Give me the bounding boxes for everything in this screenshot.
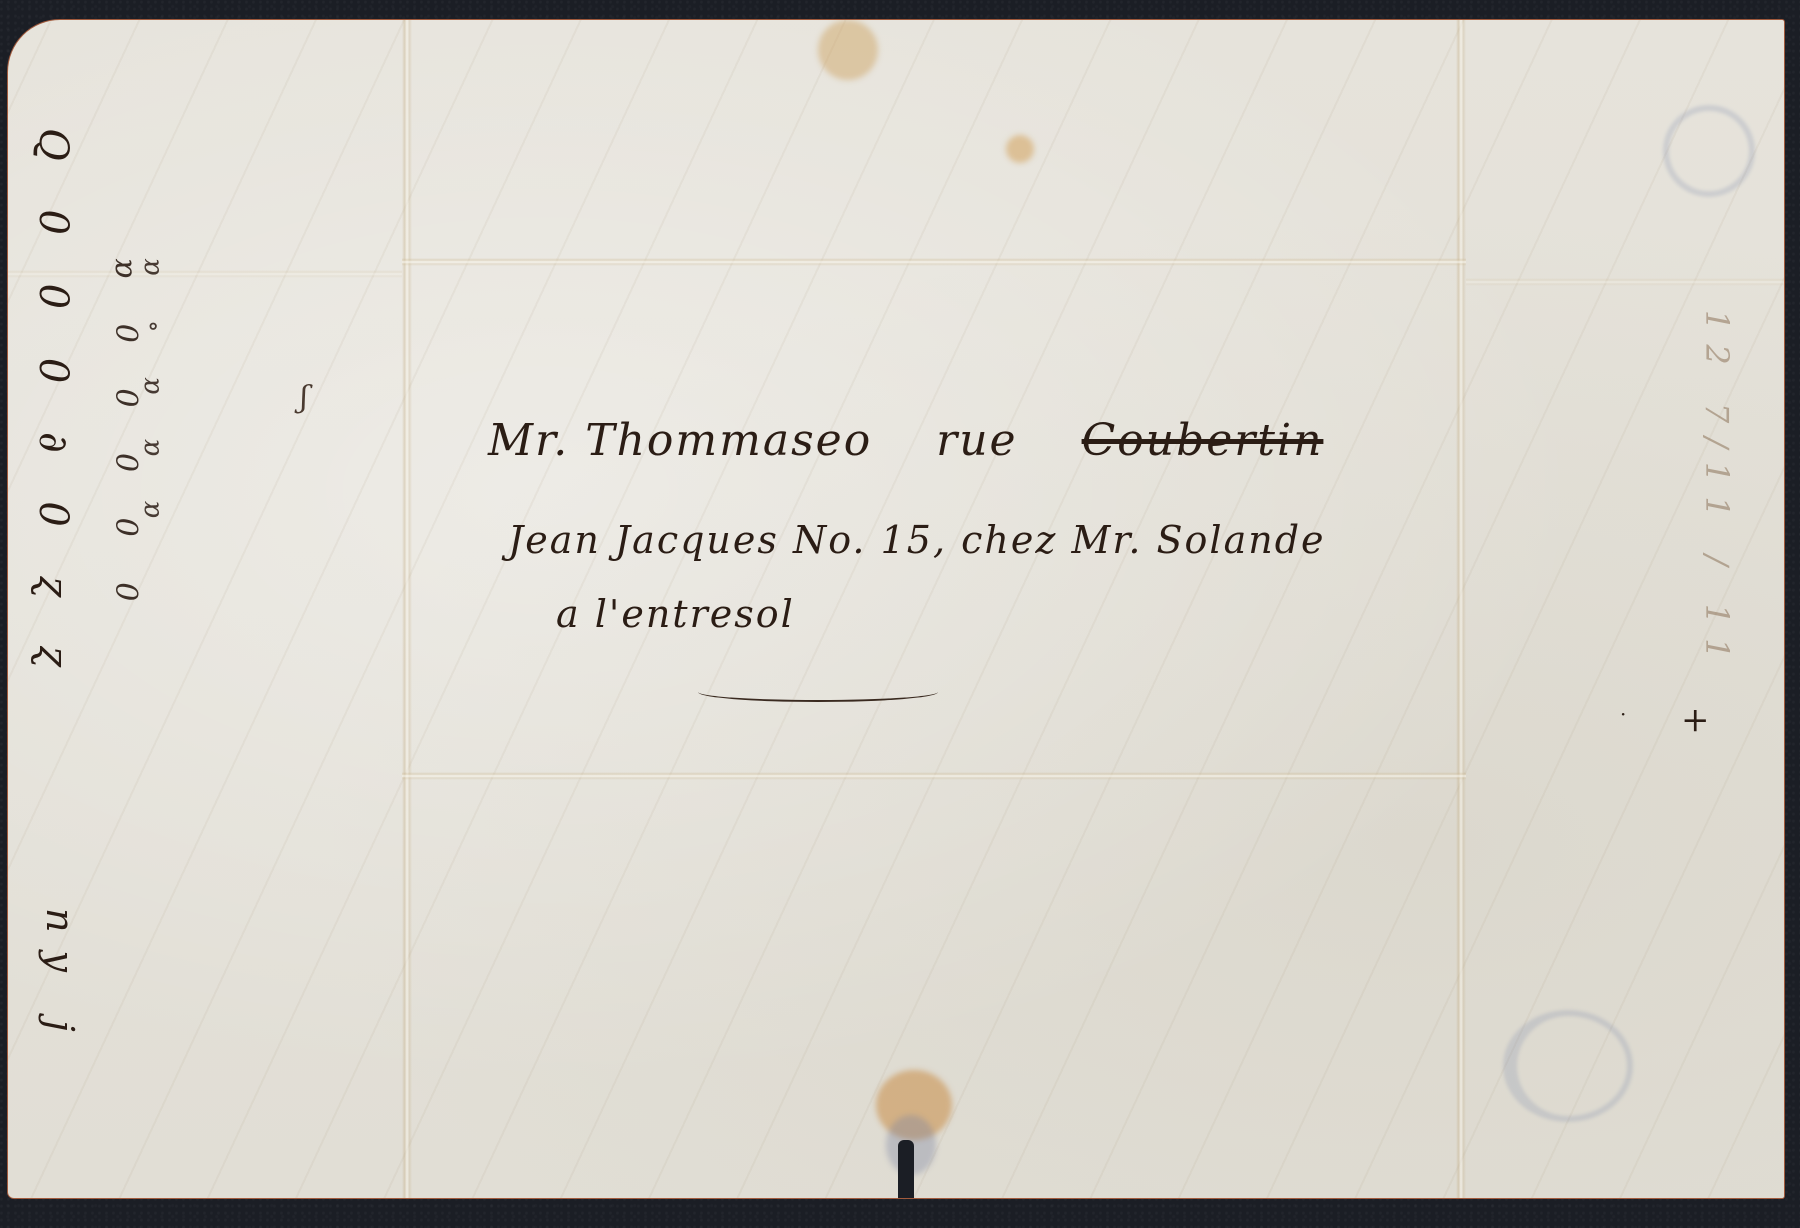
postmark-top-right bbox=[1663, 105, 1755, 197]
stain-top-left bbox=[818, 20, 878, 80]
addressee: Mr. Thommaseo bbox=[488, 415, 872, 466]
fold-line-vertical-left bbox=[402, 20, 412, 1198]
show-through-ink bbox=[8, 20, 1784, 1198]
margin-note-bottom: ny j bbox=[38, 908, 82, 1050]
squiggle-mark: ʃ bbox=[300, 380, 308, 415]
margin-note-third: ɒ ∘ ɒ ɒ ɒ bbox=[138, 258, 168, 536]
address-line-1: Mr. Thommaseo rue Coubertin bbox=[488, 415, 1323, 466]
fold-line-vertical-right bbox=[1456, 20, 1466, 1198]
underline-flourish bbox=[698, 682, 938, 702]
faint-right-notes: 12 7/11 / 11 bbox=[1698, 310, 1736, 673]
dot-mark: · bbox=[1620, 702, 1626, 726]
struck-out-word: Coubertin bbox=[1082, 415, 1324, 466]
paper-tear bbox=[898, 1140, 914, 1198]
address-line-3: a l'entresol bbox=[556, 592, 795, 636]
address-line-2: Jean Jacques No. 15, chez Mr. Solande bbox=[508, 518, 1326, 562]
postmark-bottom-right bbox=[1503, 1010, 1633, 1122]
margin-note-main: Q 0 0 0 ∂ 0 ɀ ɀ bbox=[30, 128, 76, 684]
fold-line-horizontal-top bbox=[402, 258, 1466, 266]
stain-top-center bbox=[1006, 135, 1034, 163]
letter-paper: Mr. Thommaseo rue Coubertin Jean Jacques… bbox=[8, 20, 1784, 1198]
cross-mark: + bbox=[1681, 700, 1710, 740]
street-prefix: rue bbox=[936, 415, 1017, 466]
fold-line-horizontal-bottom bbox=[402, 772, 1466, 780]
left-margin-notes: Q 0 0 0 ∂ 0 ɀ ɀ ɒ 0 0 0 0 0 ɒ ∘ ɒ ɒ ɒ ny… bbox=[30, 128, 250, 948]
fold-line-right-panel bbox=[1466, 278, 1784, 286]
